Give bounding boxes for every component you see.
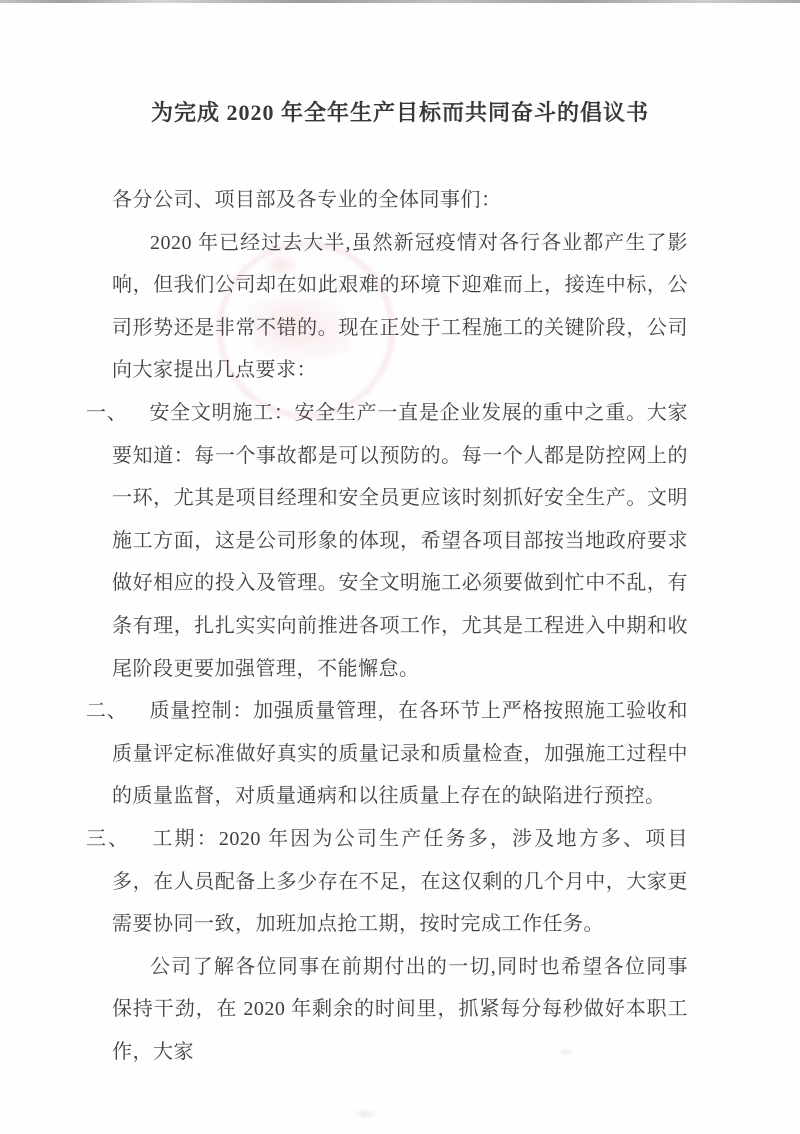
document-title: 为完成 2020 年全年生产目标而共同奋斗的倡议书 <box>60 95 740 131</box>
list-item-1-text: 安全文明施工：安全生产一直是企业发展的重中之重。大家要知道：每一个事故都是可以预… <box>112 402 688 680</box>
closing-paragraph: 公司了解各位同事在前期付出的一切,同时也希望各位同事保持干劲，在 2020 年剩… <box>112 946 688 1074</box>
list-item-3: 三、工期：2020 年因为公司生产任务多，涉及地方多、项目多，在人员配备上多少存… <box>112 818 688 946</box>
scanned-document-page: 为完成 2020 年全年生产目标而共同奋斗的倡议书 各分公司、项目部及各专业的全… <box>0 0 800 1134</box>
scan-noise-smudge <box>352 1108 378 1120</box>
list-item-1: 一、安全文明施工：安全生产一直是企业发展的重中之重。大家要知道：每一个事故都是可… <box>112 392 688 690</box>
list-item-2-marker: 二、 <box>86 700 127 722</box>
list-item-1-marker: 一、 <box>86 402 127 424</box>
intro-paragraph: 2020 年已经过去大半,虽然新冠疫情对各行各业都产生了影响，但我们公司却在如此… <box>112 222 688 392</box>
document-body: 各分公司、项目部及各专业的全体同事们： 2020 年已经过去大半,虽然新冠疫情对… <box>112 179 688 1073</box>
salutation-line: 各分公司、项目部及各专业的全体同事们： <box>112 179 688 222</box>
list-item-2: 二、质量控制：加强质量管理，在各环节上严格按照施工验收和质量评定标准做好真实的质… <box>112 690 688 818</box>
list-item-3-text: 工期：2020 年因为公司生产任务多，涉及地方多、项目多，在人员配备上多少存在不… <box>112 828 688 935</box>
list-item-2-text: 质量控制：加强质量管理，在各环节上严格按照施工验收和质量评定标准做好真实的质量记… <box>112 700 688 807</box>
list-item-3-marker: 三、 <box>86 828 130 850</box>
scan-artifact-top-line <box>0 0 800 3</box>
